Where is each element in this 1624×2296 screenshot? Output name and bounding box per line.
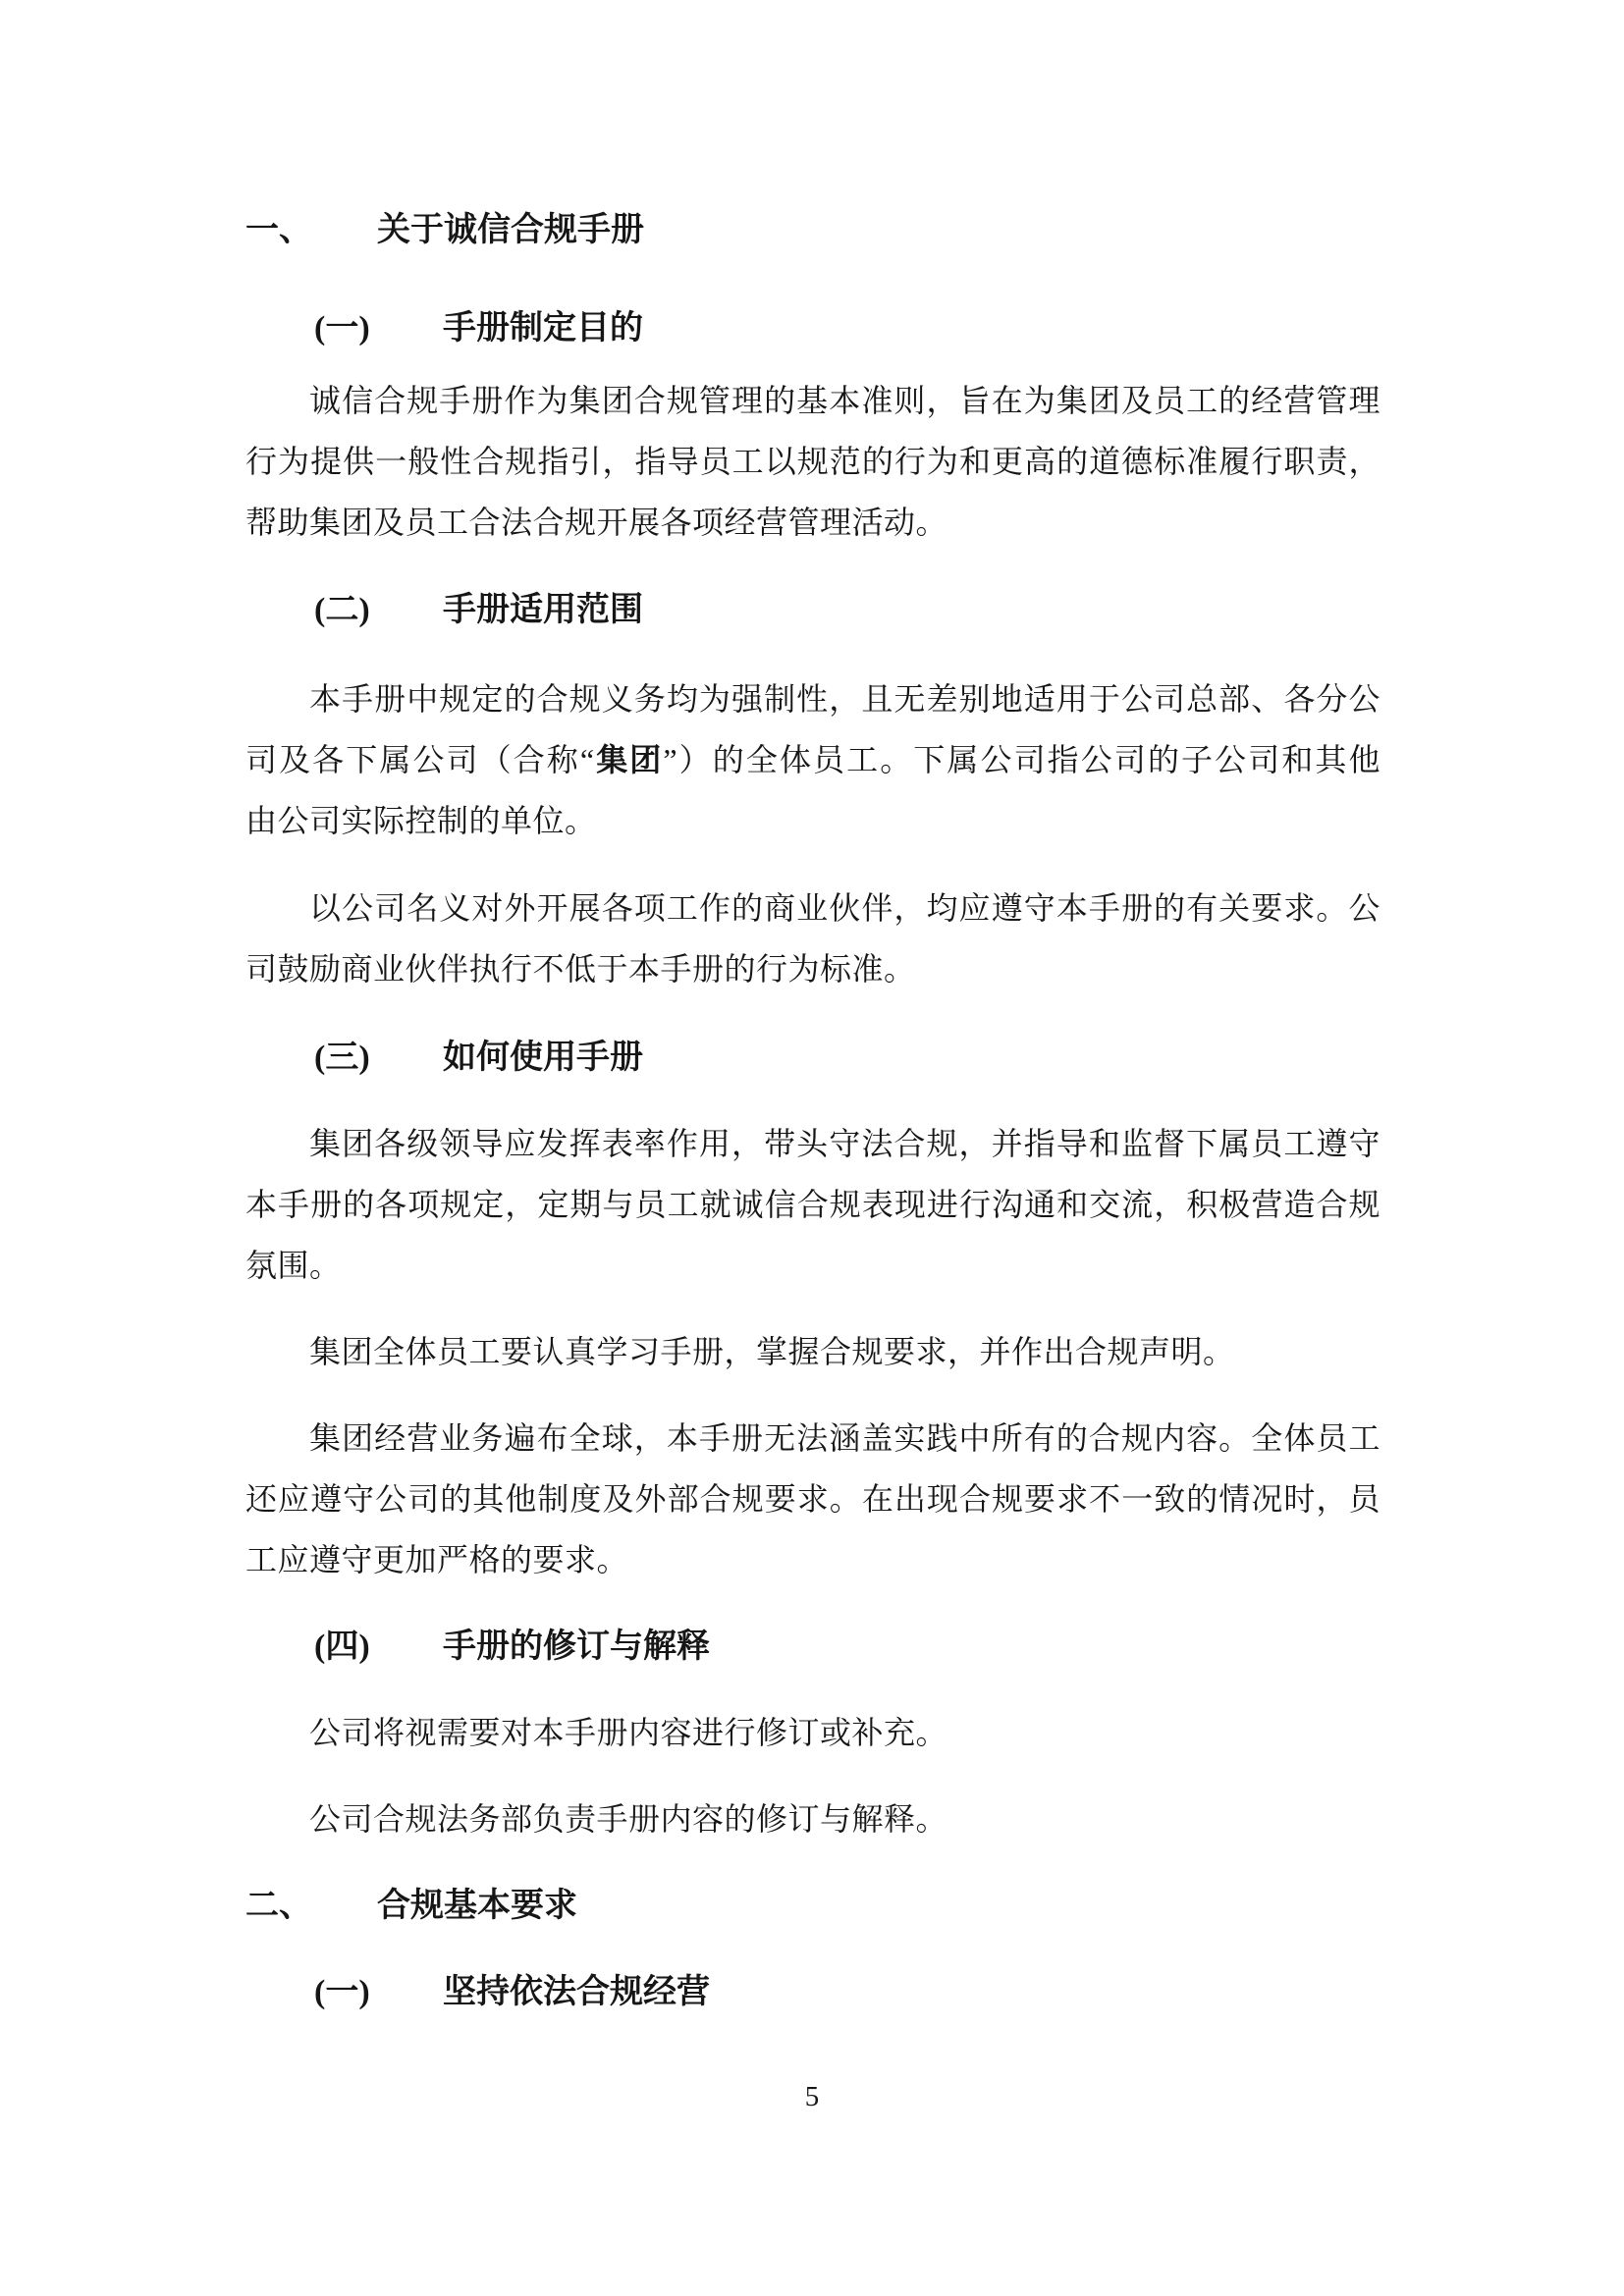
paragraph-line: 由公司实际控制的单位。 (245, 801, 1380, 841)
subsection-title: 手册适用范围 (443, 592, 643, 628)
section-heading-about-manual: 一、关于诚信合规手册 (245, 210, 644, 250)
section-title: 合规基本要求 (377, 1888, 577, 1924)
line-text: 司及各下属公司（合称“ (245, 742, 595, 777)
defined-term-group: 集团 (595, 742, 664, 777)
paragraph-line: 本手册中规定的合规义务均为强制性，且无差别地适用于公司总部、各分公 (245, 679, 1380, 720)
paragraph-line: 帮助集团及员工合法合规开展各项经营管理活动。 (245, 503, 1380, 543)
subsection-title: 坚持依法合规经营 (443, 1974, 710, 2010)
paragraph-line: 还应遵守公司的其他制度及外部合规要求。在出现合规要求不一致的情况时，员 (245, 1479, 1380, 1520)
paragraph-line: 工应遵守更加严格的要求。 (245, 1540, 1380, 1580)
section-title: 关于诚信合规手册 (377, 212, 644, 248)
subsection-number: (三) (314, 1038, 443, 1078)
subsection-number: (一) (314, 308, 443, 348)
subsection-heading-scope: (二)手册适用范围 (314, 590, 643, 630)
subsection-title: 如何使用手册 (443, 1040, 643, 1076)
paragraph-line: 公司合规法务部负责手册内容的修订与解释。 (245, 1799, 1380, 1840)
document-page: 一、关于诚信合规手册 (一)手册制定目的 诚信合规手册作为集团合规管理的基本准则… (0, 0, 1624, 2296)
subsection-number: (二) (314, 590, 443, 630)
subsection-title: 手册的修订与解释 (443, 1629, 710, 1665)
paragraph-line: 行为提供一般性合规指引，指导员工以规范的行为和更高的道德标准履行职责， (245, 442, 1380, 482)
paragraph-line: 诚信合规手册作为集团合规管理的基本准则，旨在为集团及员工的经营管理 (245, 381, 1380, 421)
subsection-title: 手册制定目的 (443, 310, 643, 347)
paragraph-line: 氛围。 (245, 1246, 1380, 1286)
paragraph-line: 以公司名义对外开展各项工作的商业伙伴，均应遵守本手册的有关要求。公 (245, 888, 1380, 929)
paragraph-line: 集团各级领导应发挥表率作用，带头守法合规，并指导和监督下属员工遵守 (245, 1124, 1380, 1164)
paragraph-line: 集团经营业务遍布全球，本手册无法涵盖实践中所有的合规内容。全体员工 (245, 1418, 1380, 1459)
paragraph-line: 集团全体员工要认真学习手册，掌握合规要求，并作出合规声明。 (245, 1332, 1380, 1372)
paragraph-line: 司鼓励商业伙伴执行不低于本手册的行为标准。 (245, 949, 1380, 989)
subsection-heading-usage: (三)如何使用手册 (314, 1038, 643, 1078)
subsection-number: (四) (314, 1627, 443, 1667)
paragraph-line: 司及各下属公司（合称“集团”）的全体员工。下属公司指公司的子公司和其他 (245, 740, 1380, 780)
section-number: 二、 (245, 1886, 377, 1926)
paragraph-line: 本手册的各项规定，定期与员工就诚信合规表现进行沟通和交流，积极营造合规 (245, 1185, 1380, 1225)
subsection-heading-revision: (四)手册的修订与解释 (314, 1627, 710, 1667)
subsection-number: (一) (314, 1972, 443, 2012)
paragraph-line: 公司将视需要对本手册内容进行修订或补充。 (245, 1713, 1380, 1753)
subsection-heading-lawful-operation: (一)坚持依法合规经营 (314, 1972, 710, 2012)
section-heading-basic-requirements: 二、合规基本要求 (245, 1886, 577, 1926)
page-number: 5 (0, 2079, 1624, 2114)
section-number: 一、 (245, 210, 377, 250)
subsection-heading-purpose: (一)手册制定目的 (314, 308, 643, 348)
line-text: ”）的全体员工。下属公司指公司的子公司和其他 (663, 742, 1380, 777)
